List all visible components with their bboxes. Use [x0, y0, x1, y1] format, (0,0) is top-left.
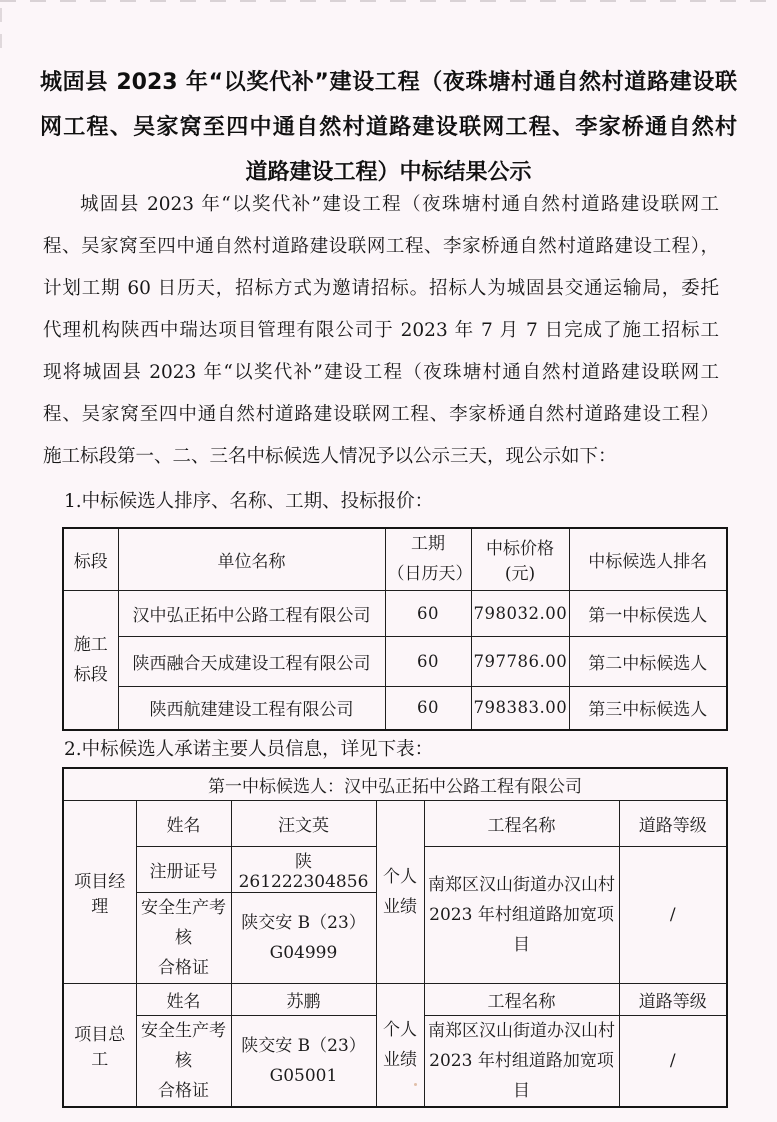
cell-label-reg-no: 注册证号 — [136, 846, 231, 892]
cell-rank: 第二中标候选人 — [569, 636, 727, 686]
header-cell-duration: 工期（日历天） — [385, 528, 471, 590]
table-row: 项目总工 姓名 苏鹏 个人业绩 工程名称 道路等级 — [63, 983, 727, 1015]
cell-company: 汉中弘正拓中公路工程有限公司 — [118, 590, 385, 636]
page-title: 城固县 2023 年“以奖代补”建设工程（夜珠塘村通自然村道路建设联 网工程、吴… — [40, 60, 737, 195]
cell-duration: 60 — [385, 590, 471, 636]
header-cell-section: 标段 — [63, 528, 118, 590]
bid-results-table: 标段 单位名称 工期（日历天） 中标价格(元) 中标候选人排名 施工标段 汉中弘… — [62, 527, 728, 731]
table-caption-row: 第一中标候选人：汉中弘正拓中公路工程有限公司 — [63, 768, 727, 800]
cell-label-road-grade: 道路等级 — [619, 983, 727, 1015]
cell-rank: 第三中标候选人 — [569, 686, 727, 730]
section-2-label: 2.中标候选人承诺主要人员信息，详见下表： — [64, 735, 433, 765]
table-header-row: 标段 单位名称 工期（日历天） 中标价格(元) 中标候选人排名 — [63, 528, 727, 590]
cell-company: 陕西航建建设工程有限公司 — [118, 686, 385, 730]
paragraph-line: 代理机构陕西中瑞达项目管理有限公司于 2023 年 7 月 7 日完成了施工招标… — [43, 310, 719, 352]
cell-role-project-manager: 项目经理 — [63, 800, 136, 983]
paragraph-line: 城固县 2023 年“以奖代补”建设工程（夜珠塘村通自然村道路建设联网工 — [43, 184, 719, 226]
cell-ce-road-grade: / — [619, 1015, 727, 1107]
cell-label-performance: 个人业绩 — [376, 983, 424, 1107]
cell-label-project-name: 工程名称 — [424, 800, 619, 846]
cell-winner-caption: 第一中标候选人：汉中弘正拓中公路工程有限公司 — [63, 768, 727, 800]
cell-section-group: 施工标段 — [63, 590, 118, 730]
scan-artifact-top-edge — [0, 0, 777, 2]
table-row: 项目经理 姓名 汪文英 个人业绩 工程名称 道路等级 — [63, 800, 727, 846]
header-cell-rank: 中标候选人排名 — [569, 528, 727, 590]
paragraph-line: 程、吴家窝至四中通自然村道路建设联网工程、李家桥通自然村道路建设工程） — [43, 394, 719, 436]
cell-ce-project: 南郑区汉山街道办汉山村2023 年村组道路加宽项目 — [424, 1015, 619, 1107]
cell-duration: 60 — [385, 636, 471, 686]
header-cell-company: 单位名称 — [118, 528, 385, 590]
cell-pm-name: 汪文英 — [231, 800, 376, 846]
title-line: 网工程、吴家窝至四中通自然村道路建设联网工程、李家桥通自然村 — [40, 105, 737, 150]
body-paragraph: 城固县 2023 年“以奖代补”建设工程（夜珠塘村通自然村道路建设联网工 程、吴… — [43, 184, 719, 478]
cell-pm-road-grade: / — [619, 846, 727, 983]
cell-pm-safety-cert: 陕交安 B（23）G04999 — [231, 892, 376, 983]
cell-role-chief-engineer: 项目总工 — [63, 983, 136, 1107]
cell-pm-reg-no: 陕 261222304856 — [231, 846, 376, 892]
cell-pm-project: 南郑区汉山街道办汉山村2023 年村组道路加宽项目 — [424, 846, 619, 983]
cell-rank: 第一中标侯选人 — [569, 590, 727, 636]
cell-label-name: 姓名 — [136, 983, 231, 1015]
table-row: 施工标段 汉中弘正拓中公路工程有限公司 60 798032.00 第一中标侯选人 — [63, 590, 727, 636]
cell-label-performance: 个人业绩 — [376, 800, 424, 983]
cell-ce-safety-cert: 陕交安 B（23）G05001 — [231, 1015, 376, 1107]
cell-price: 798032.00 — [471, 590, 569, 636]
paragraph-line: 程、吴家窝至四中通自然村道路建设联网工程、李家桥通自然村道路建设工程）， — [43, 226, 719, 268]
table-row: 陕西融合天成建设工程有限公司 60 797786.00 第二中标候选人 — [63, 636, 727, 686]
cell-label-road-grade: 道路等级 — [619, 800, 727, 846]
paragraph-line: 计划工期 60 日历天，招标方式为邀请招标。招标人为城固县交通运输局，委托 — [43, 268, 719, 310]
cell-label-project-name: 工程名称 — [424, 983, 619, 1015]
personnel-info-table: 第一中标候选人：汉中弘正拓中公路工程有限公司 项目经理 姓名 汪文英 个人业绩 … — [62, 767, 728, 1108]
paragraph-line: 现将城固县 2023 年“以奖代补”建设工程（夜珠塘村通自然村道路建设联网工 — [43, 352, 719, 394]
cell-duration: 60 — [385, 686, 471, 730]
cell-label-safety: 安全生产考核合格证 — [136, 1015, 231, 1107]
table-row: 陕西航建建设工程有限公司 60 798383.00 第三中标候选人 — [63, 686, 727, 730]
cell-label-name: 姓名 — [136, 800, 231, 846]
scanned-document-page: 城固县 2023 年“以奖代补”建设工程（夜珠塘村通自然村道路建设联 网工程、吴… — [0, 0, 777, 1122]
paragraph-line: 施工标段第一、二、三名中标候选人情况予以公示三天，现公示如下： — [43, 436, 719, 478]
header-cell-price: 中标价格(元) — [471, 528, 569, 590]
cell-label-safety: 安全生产考核合格证 — [136, 892, 231, 983]
cell-price: 798383.00 — [471, 686, 569, 730]
scan-artifact-left-edge — [0, 8, 2, 60]
section-1-label: 1.中标候选人排序、名称、工期、投标报价： — [64, 487, 433, 517]
cell-price: 797786.00 — [471, 636, 569, 686]
cell-company: 陕西融合天成建设工程有限公司 — [118, 636, 385, 686]
title-line: 城固县 2023 年“以奖代补”建设工程（夜珠塘村通自然村道路建设联 — [40, 60, 737, 105]
cell-ce-name: 苏鹏 — [231, 983, 376, 1015]
